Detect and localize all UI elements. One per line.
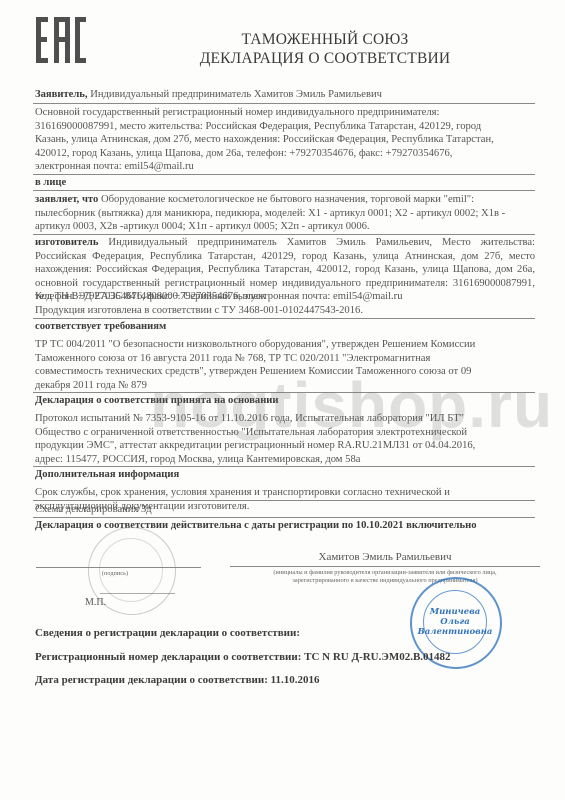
- signatory-line: [230, 566, 540, 567]
- document-title: ТАМОЖЕННЫЙ СОЮЗ ДЕКЛАРАЦИЯ О СООТВЕТСТВИ…: [160, 30, 490, 68]
- basis-line: продукции ЭМС", аттестат аккредитации ре…: [35, 439, 535, 453]
- tn-ved-code: Код ТН ВЭД ЕАЭС 8414808000. Серийный вып…: [35, 290, 535, 304]
- stamp-line: Ольга: [440, 617, 470, 627]
- basis-line: Протокол испытаний № 7353-9105-16 от 11.…: [35, 412, 535, 426]
- signature-caption: (подпись): [85, 570, 145, 578]
- divider: [33, 103, 535, 104]
- basis-label: Декларация о соответствии принята на осн…: [35, 394, 535, 408]
- requirements-line: Таможенного союза от 16 августа 2011 год…: [35, 352, 535, 366]
- produced-per-spec: Продукция изготовлена в соответствии с Т…: [35, 304, 535, 318]
- declares-text: Оборудование косметологическое не бытово…: [35, 194, 505, 232]
- declares-label: заявляет, что: [35, 194, 98, 205]
- divider: [33, 318, 535, 319]
- signatory-name: Хамитов Эмиль Рамильевич: [230, 551, 540, 565]
- applicant-details-line: Казань, улица Атнинская, дом 27б, место …: [35, 133, 535, 147]
- applicant-details-line: электронная почта: emil54@mail.ru: [35, 160, 535, 174]
- signatory-caption: (инициалы и фамилия руководителя организ…: [230, 569, 540, 585]
- basis-line: Общество с ограниченной ответственностью…: [35, 426, 535, 440]
- registration-date-value: 11.10.2016: [271, 674, 320, 686]
- declaration-document: ТАМОЖЕННЫЙ СОЮЗ ДЕКЛАРАЦИЯ О СООТВЕТСТВИ…: [0, 0, 565, 800]
- declares-block: заявляет, что Оборудование косметологиче…: [35, 193, 535, 234]
- title-line-2: ДЕКЛАРАЦИЯ О СООТВЕТСТВИИ: [160, 49, 490, 68]
- stamp-line: Миничева: [430, 607, 481, 617]
- registration-date-label: Дата регистрации декларации о соответств…: [35, 674, 268, 686]
- registration-date-line: Дата регистрации декларации о соответств…: [35, 674, 535, 688]
- in-person-label: в лице: [35, 176, 535, 190]
- additional-info-label: Дополнительная информация: [35, 468, 535, 482]
- divider: [33, 174, 535, 175]
- basis-line: адрес: 115477, РОССИЯ, город Москва, ули…: [35, 453, 535, 467]
- eac-logo: [36, 17, 86, 63]
- applicant-details-line: Основной государственный регистрационный…: [35, 106, 535, 120]
- basis-text: Протокол испытаний № 7353-9105-16 от 11.…: [35, 412, 535, 466]
- applicant-details-line: 316169000087991, место жительства: Росси…: [35, 120, 535, 134]
- registration-heading: Сведения о регистрации декларации о соот…: [35, 627, 535, 641]
- requirements-line: совместимость технических средств", утве…: [35, 365, 535, 379]
- stamp-place-caption: М.П.: [85, 596, 145, 610]
- signatory-caption-line: зарегистрированного в качестве индивидуа…: [230, 577, 540, 585]
- applicant-details-line: 420012, город Казань, улица Щапова, дом …: [35, 147, 535, 161]
- signatory-caption-line: (инициалы и фамилия руководителя организ…: [230, 569, 540, 577]
- declaration-scheme: Схема декларирования 3д: [35, 503, 535, 517]
- applicant-label: Заявитель,: [35, 89, 88, 100]
- divider: [33, 500, 535, 501]
- applicant-details: Основной государственный регистрационный…: [35, 106, 535, 174]
- requirements-line: декабря 2011 года № 879: [35, 379, 535, 393]
- applicant-value: Индивидуальный предприниматель Хамитов Э…: [90, 89, 382, 100]
- divider: [33, 234, 535, 235]
- divider: [33, 190, 535, 191]
- registration-number-label: Регистрационный номер декларации о соотв…: [35, 651, 301, 663]
- additional-info-line: Срок службы, срок хранения, условия хран…: [35, 486, 535, 500]
- requirements-text: ТР ТС 004/2011 "О безопасности низковоль…: [35, 338, 535, 392]
- blue-seal-text: Миничева Ольга Валентиновна: [423, 590, 487, 654]
- applicant-line: Заявитель, Индивидуальный предпринимател…: [35, 88, 535, 102]
- signature-line: [36, 567, 201, 568]
- requirements-line: ТР ТС 004/2011 "О безопасности низковоль…: [35, 338, 535, 352]
- registration-number-line: Регистрационный номер декларации о соотв…: [35, 651, 555, 665]
- manufacturer-label: изготовитель: [35, 237, 98, 248]
- validity-statement: Декларация о соответствии действительна …: [35, 519, 535, 533]
- requirements-label: соответствует требованиям: [35, 320, 535, 334]
- divider: [33, 466, 535, 467]
- registration-number-value: ТС N RU Д-RU.ЭМ02.В.01482: [304, 651, 450, 663]
- divider: [33, 517, 535, 518]
- title-line-1: ТАМОЖЕННЫЙ СОЮЗ: [160, 30, 490, 49]
- divider: [33, 392, 535, 393]
